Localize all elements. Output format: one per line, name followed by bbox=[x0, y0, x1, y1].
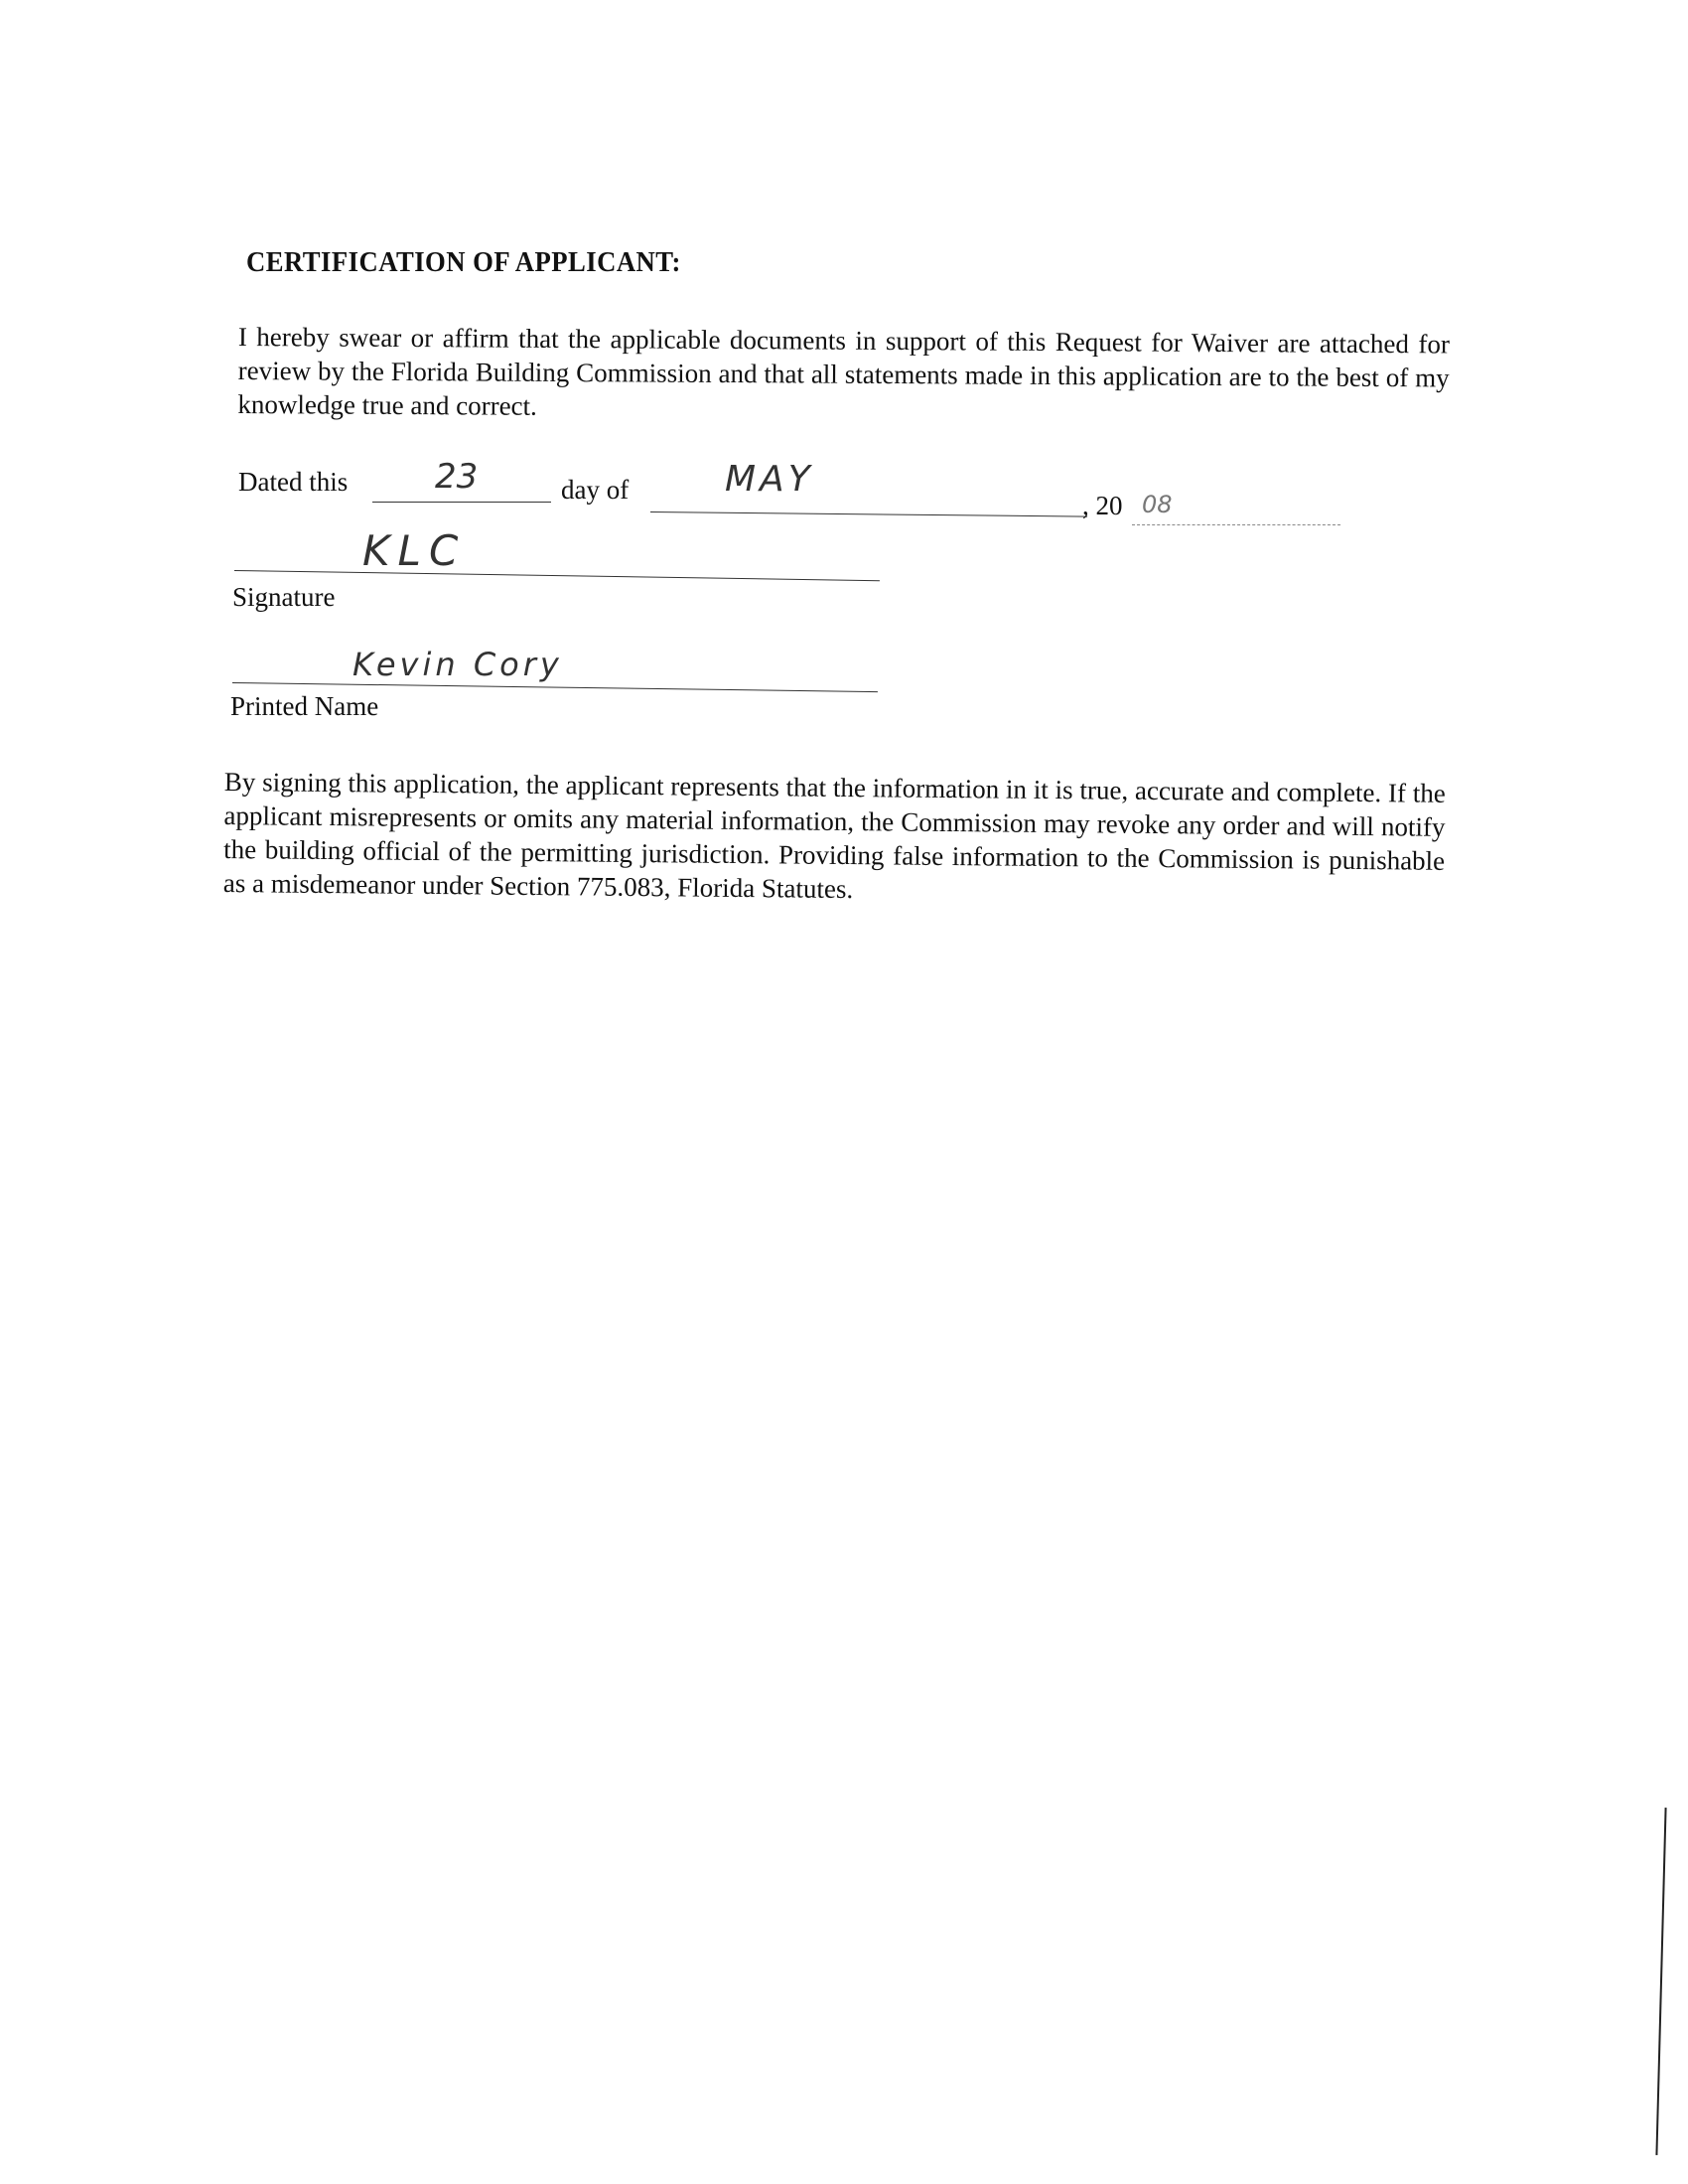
dated-this-label: Dated this bbox=[238, 467, 348, 498]
signature-label: Signature bbox=[232, 582, 335, 613]
signature-line bbox=[234, 570, 880, 581]
year-value: 08 bbox=[1142, 491, 1173, 518]
day-of-label: day of bbox=[561, 475, 629, 506]
printed-name-value: Kevin Cory bbox=[352, 646, 563, 683]
year-prefix-label: , 20 bbox=[1082, 491, 1123, 521]
day-value: 23 bbox=[435, 457, 478, 497]
printed-name-label: Printed Name bbox=[230, 691, 378, 722]
page-title: CERTIFICATION OF APPLICANT: bbox=[246, 246, 681, 279]
disclaimer-paragraph: By signing this application, the applica… bbox=[223, 765, 1446, 912]
document-page: CERTIFICATION OF APPLICANT: I hereby swe… bbox=[0, 0, 1688, 2184]
certification-paragraph: I hereby swear or affirm that the applic… bbox=[237, 320, 1450, 428]
month-line bbox=[650, 511, 1087, 517]
year-line bbox=[1132, 524, 1340, 525]
month-value: MAY bbox=[725, 459, 814, 500]
signature-value: KLC bbox=[362, 526, 466, 575]
day-line bbox=[372, 502, 551, 503]
scan-edge-mark bbox=[1655, 1808, 1666, 2155]
